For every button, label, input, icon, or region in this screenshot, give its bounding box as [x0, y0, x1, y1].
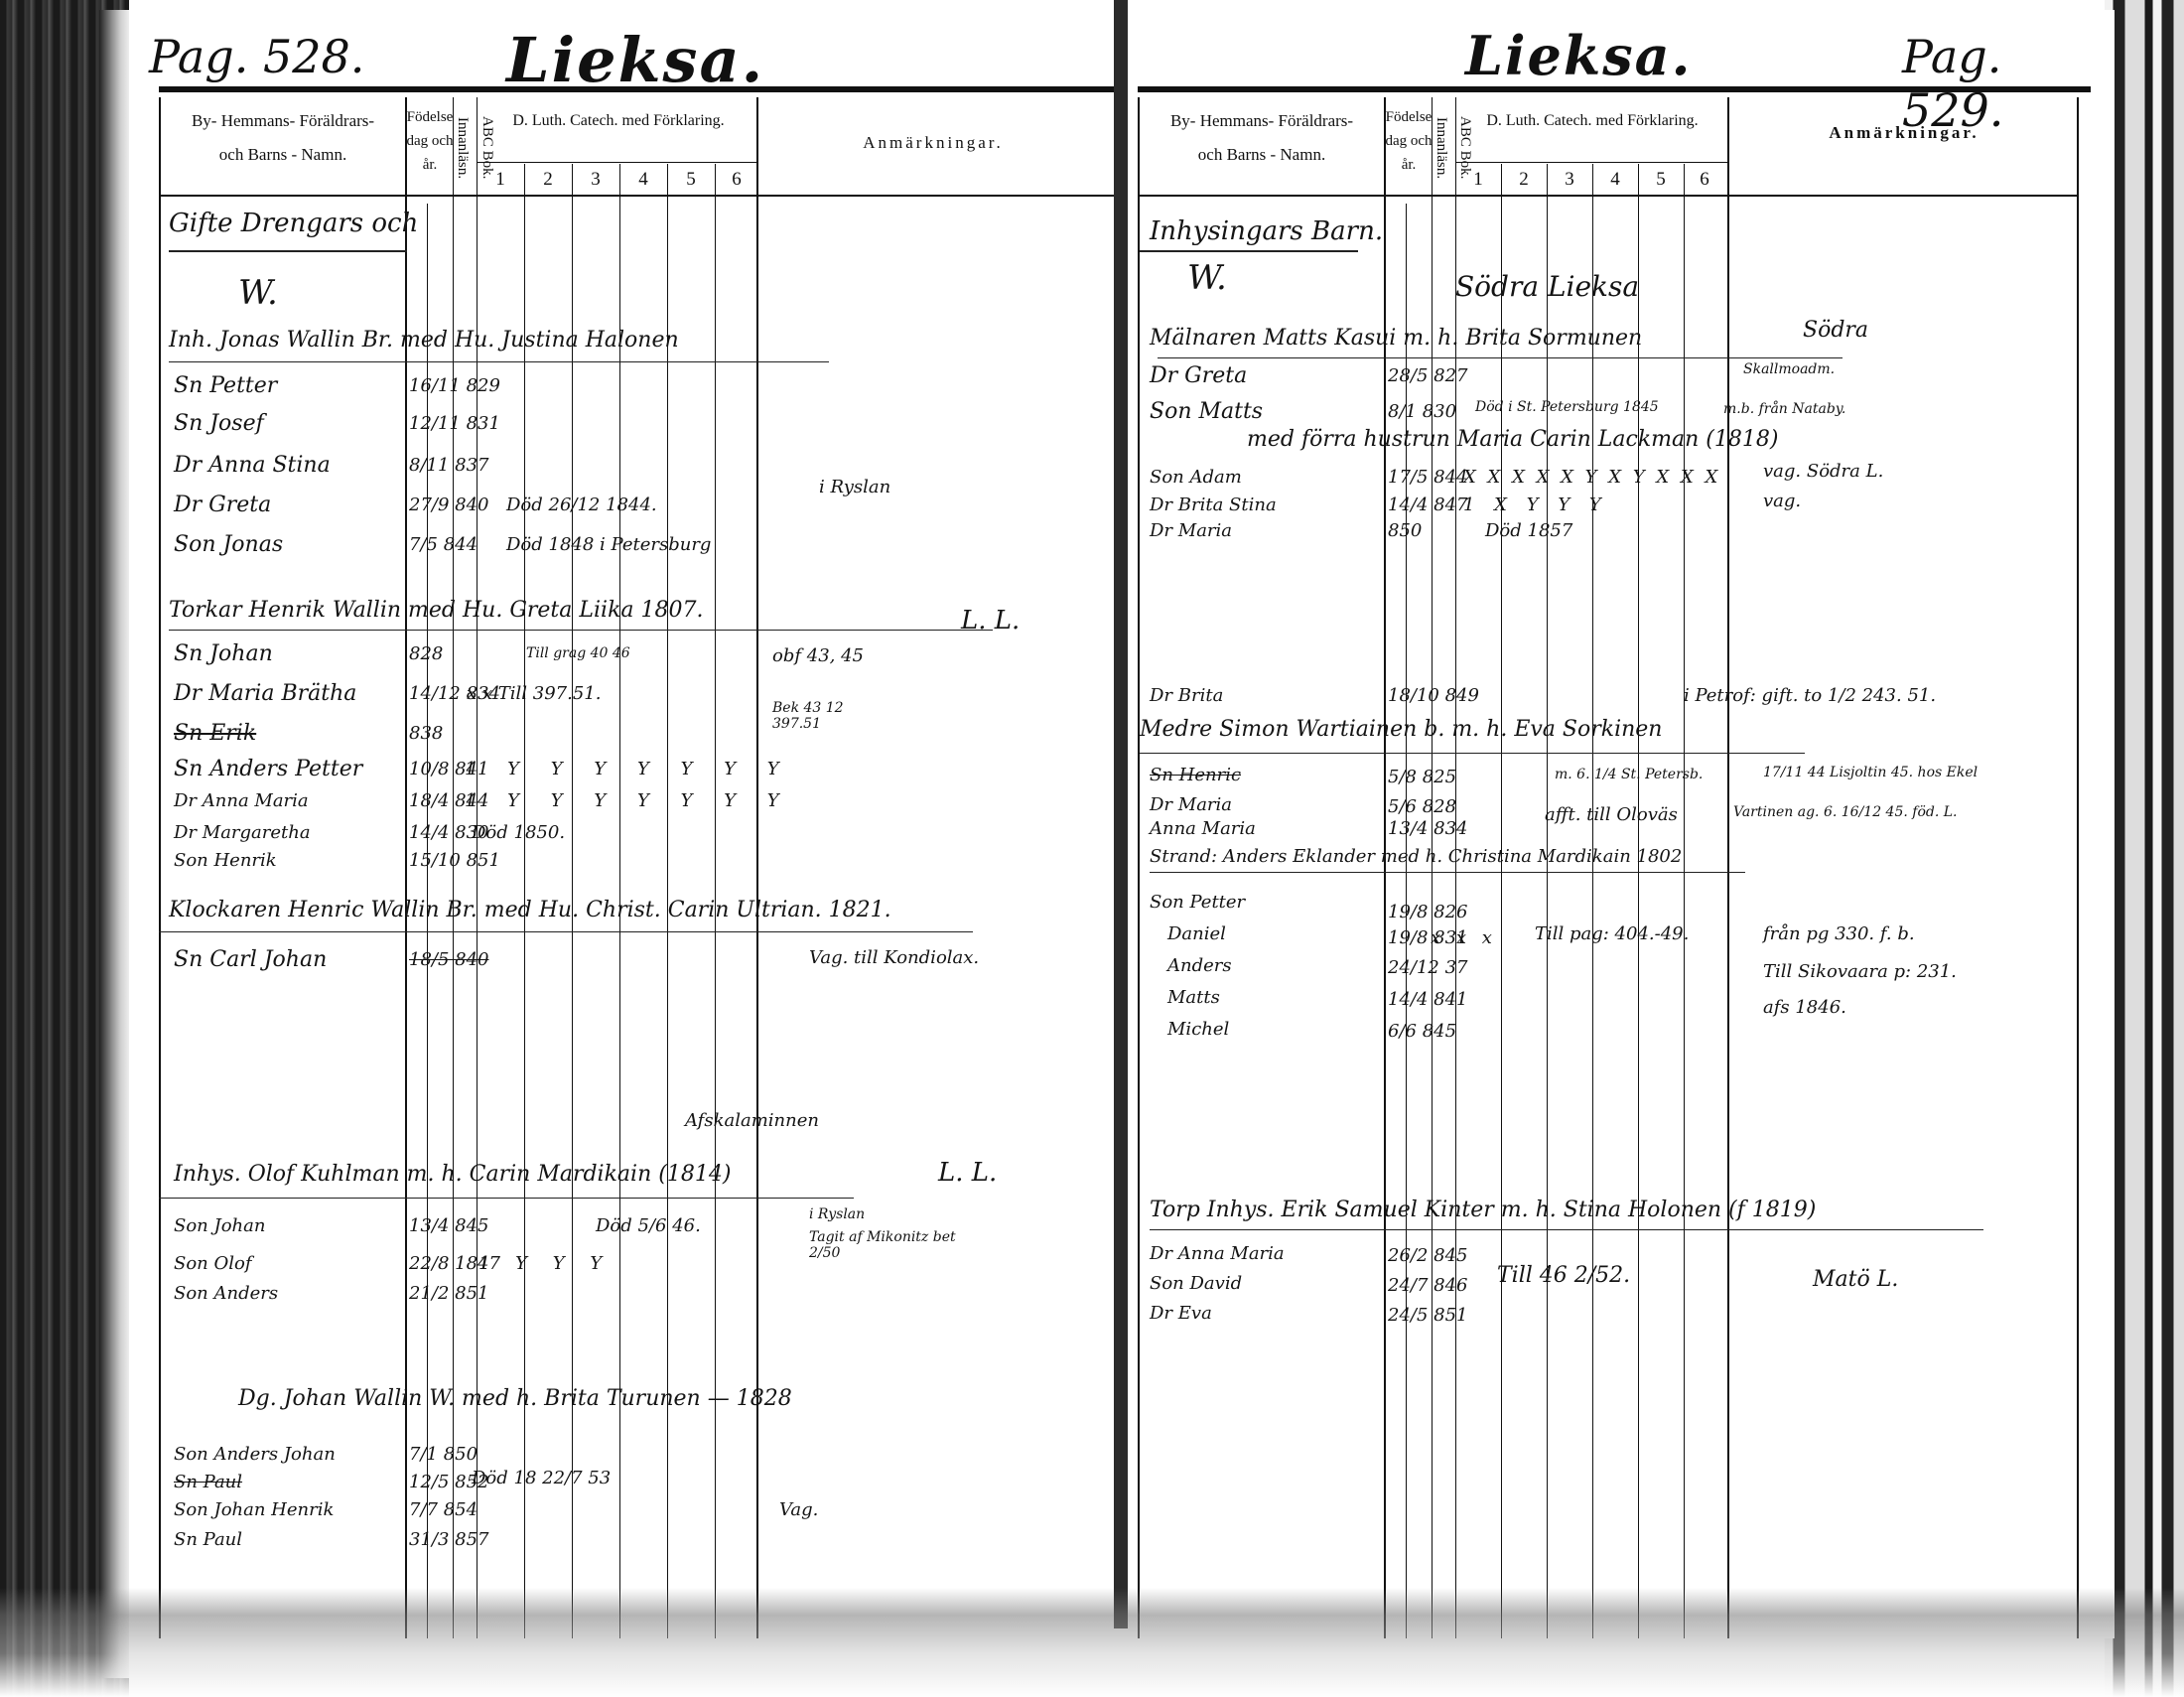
household-head: Inh. Jonas Wallin Br. med Hu. Justina Ha… [169, 328, 679, 353]
member-notes: Till grag 40 46 [526, 645, 630, 661]
member-name: Sn Paul [174, 1472, 242, 1492]
header-innanlasn: Innanläsn. [454, 105, 472, 191]
member-name: Son Anders [174, 1283, 278, 1304]
section-sub: W. [238, 273, 278, 313]
member-remark: Vag. till Kondiolax. [809, 947, 979, 968]
member-remark: i Petrof: gift. to 1/2 243. 51. [1684, 685, 1936, 706]
member-remark: obf 43, 45 [772, 645, 864, 666]
member-birth: 850 [1388, 520, 1422, 541]
col-3: 3 [581, 169, 611, 191]
col-6: 6 [722, 169, 751, 191]
col-4: 4 [628, 169, 658, 191]
member-name: Dr Maria [1150, 794, 1232, 815]
member-birth: 828 [409, 643, 443, 664]
col-2: 2 [1509, 169, 1539, 191]
member-birth: 5/6 828 [1388, 796, 1456, 817]
member-name: Dr Greta [1150, 363, 1247, 388]
header-birth: Födelse dag och år. [1384, 105, 1433, 177]
book-gutter [1114, 0, 1128, 1628]
section-heading: Gifte Drengars och [169, 209, 418, 238]
col-4: 4 [1600, 169, 1630, 191]
table-left-border [159, 97, 161, 1638]
member-remark: Till Sikovaara p: 231. [1763, 961, 1957, 982]
member-birth: 24/5 851 [1388, 1305, 1468, 1326]
member-birth: 12/11 831 [409, 413, 500, 434]
household-head: med förra hustrun Maria Carin Lackman (1… [1247, 427, 1778, 452]
member-name: Son Johan Henrik [174, 1499, 334, 1520]
member-name: Sn Carl Johan [174, 947, 327, 972]
member-remark: i Ryslan [819, 477, 890, 497]
member-name: Sn Erik [174, 721, 256, 746]
header-innanlasn: Innanläsn. [1433, 105, 1450, 191]
member-birth: 8/1 830 [1388, 401, 1456, 422]
col-3: 3 [1555, 169, 1584, 191]
header-rule [159, 86, 1114, 92]
member-name: Dr Maria Brätha [174, 681, 356, 706]
member-birth: 838 [409, 723, 443, 744]
header-remarks: Anmärkningar. [764, 131, 1102, 155]
right-page: Lieksa. Pag. 529. By- Hemmans- Föräldrar… [1128, 10, 2115, 1638]
household-head: Dg. Johan Wallin W. med h. Brita Turunen… [238, 1386, 792, 1411]
member-notes: Död 5/6 46. [596, 1215, 701, 1236]
member-birth: 7/5 844 [409, 534, 478, 555]
table-left-border [1138, 97, 1140, 1638]
member-birth: 7/1 850 [409, 1444, 478, 1465]
member-name: Son Adam [1150, 467, 1242, 488]
member-notes: Död 1857 [1485, 520, 1572, 541]
member-name: Dr Greta [174, 493, 271, 517]
col-2: 2 [533, 169, 563, 191]
member-birth: 31/3 857 [409, 1529, 489, 1550]
member-name: Sn Anders Petter [174, 757, 362, 781]
col-5: 5 [1646, 169, 1676, 191]
member-name: Dr Eva [1150, 1303, 1212, 1324]
member-name: Son Johan [174, 1215, 265, 1236]
member-notes: Död 1850. [472, 822, 565, 843]
household-head: Medre Simon Wartiainen b. m. h. Eva Sork… [1140, 717, 1662, 742]
member-notes: Till 46 2/52. [1497, 1263, 1630, 1288]
col-1: 1 [1463, 169, 1493, 191]
member-name: Anders [1167, 955, 1232, 976]
col-1: 1 [485, 169, 515, 191]
member-birth: 19/8 826 [1388, 902, 1468, 922]
member-birth: 17/5 844 [1388, 467, 1468, 488]
member-name: Sn Johan [174, 641, 273, 666]
member-birth: 18/10 849 [1388, 685, 1479, 706]
member-name: Son Matts [1150, 399, 1263, 424]
member-birth: 7/7 854 [409, 1499, 478, 1520]
household-head: Torp Inhys. Erik Samuel Kinter m. h. Sti… [1150, 1198, 1816, 1222]
section-heading: Inhysingars Barn. [1150, 216, 1383, 246]
member-notes: Död i St. Petersburg 1845 [1475, 399, 1659, 415]
member-name: Dr Maria [1150, 520, 1232, 541]
member-remark: 17/11 44 Lisjoltin 45. hos Ekel [1763, 765, 1978, 780]
member-birth: 28/5 827 [1388, 365, 1468, 386]
household-remark: Södra [1803, 318, 1868, 343]
member-name: Dr Brita Stina [1150, 495, 1277, 515]
member-name: Sn Paul [174, 1529, 242, 1550]
header-rule [1138, 86, 2091, 92]
household-head: Klockaren Henric Wallin Br. med Hu. Chri… [169, 898, 891, 922]
member-remark: afs 1846. [1763, 997, 1846, 1018]
catechism-marks: 1 X Y Y Y [1463, 495, 1601, 515]
member-remark: från pg 330. f. b. [1763, 923, 1915, 944]
household-head: Torkar Henrik Wallin med Hu. Greta Liika… [169, 598, 703, 623]
catechism-marks: 1 Y Y Y Y Y Y Y [465, 759, 779, 779]
col-5: 5 [676, 169, 706, 191]
member-remark: Tagit af Mikonitz bet 2/50 [809, 1229, 958, 1261]
member-name: Dr Margaretha [174, 822, 311, 843]
household-head: Mälnaren Matts Kasui m. h. Brita Sormune… [1150, 326, 1642, 351]
header-remarks: Anmärkningar. [1735, 121, 2073, 145]
catechism-marks: 1 Y Y Y Y Y Y Y [465, 790, 779, 811]
member-remark: Matö L. [1813, 1267, 1898, 1292]
header-birth: Födelse dag och år. [405, 105, 455, 177]
household-remark: L. L. [938, 1158, 997, 1188]
member-remark: vag. [1763, 491, 1801, 511]
member-birth: 21/2 851 [409, 1283, 489, 1304]
section-sub: W. [1187, 258, 1227, 298]
member-name: Daniel [1167, 923, 1226, 944]
header-catechism: D. Luth. Catech. med Förklaring. [478, 109, 758, 133]
member-birth: 15/10 851 [409, 850, 500, 871]
member-name: Anna Maria [1150, 818, 1256, 839]
member-notes: Till pag: 404.-49. [1535, 923, 1689, 944]
member-birth: 14/4 841 [1388, 989, 1468, 1010]
member-name: Michel [1167, 1019, 1229, 1040]
member-birth: 8/11 837 [409, 455, 489, 476]
member-remark: Vartinen ag. 6. 16/12 45. föd. L. [1733, 804, 1957, 820]
member-name: Sn Josef [174, 411, 264, 436]
page-number: Pag. 528. [149, 30, 364, 83]
catechism-marks: X X X X X Y X Y X X X [1463, 467, 1717, 488]
member-birth: 13/4 834 [1388, 818, 1468, 839]
member-name: Dr Brita [1150, 685, 1223, 706]
village-heading: Södra Lieksa [1455, 270, 1639, 303]
parish-title: Lieksa. [1465, 24, 1692, 87]
member-name: Son Jonas [174, 532, 283, 557]
member-birth: 24/7 846 [1388, 1275, 1468, 1296]
member-birth: 5/8 825 [1388, 767, 1456, 787]
member-birth: 14/4 847 [1388, 495, 1468, 515]
member-notes: Död 18 22/7 53 [472, 1468, 611, 1488]
header-names: By- Hemmans- Föräldrars- och Barns - Nam… [1148, 109, 1376, 167]
member-name: Sn Henric [1150, 765, 1241, 785]
member-remark: Skallmoadm. [1743, 361, 1835, 377]
member-notes: m. 6. 1/4 St. Petersb. [1555, 767, 1703, 782]
member-name: Son Petter [1150, 892, 1245, 913]
member-notes: Död 26/12 1844. [506, 495, 657, 515]
member-name: Son Anders Johan [174, 1444, 336, 1465]
member-birth: 13/4 845 [409, 1215, 489, 1236]
member-name: Dr Anna Stina [174, 453, 331, 478]
member-notes: x x Till 397.51. [467, 683, 601, 704]
member-remark: Bek 43 12 397.51 [772, 700, 891, 732]
member-name: Dr Anna Maria [174, 790, 309, 811]
member-name: Sn Petter [174, 373, 277, 398]
catechism-marks: x x x [1431, 927, 1492, 948]
member-name: Dr Anna Maria [1150, 1243, 1285, 1264]
member-remark: m.b. från Nataby. [1723, 401, 1845, 417]
header-names: By- Hemmans- Föräldrars- och Barns - Nam… [169, 109, 397, 167]
member-birth: 16/11 829 [409, 375, 500, 396]
member-remark: vag. Södra L. [1763, 461, 1883, 482]
book-spine-left [0, 0, 129, 1697]
household-pre-note: Afskalaminnen [685, 1110, 819, 1131]
catechism-marks: 1 Y Y Y [478, 1253, 602, 1274]
member-birth: 6/6 845 [1388, 1021, 1456, 1042]
member-birth: 24/12 37 [1388, 957, 1468, 978]
member-notes: afft. till Oloväs [1545, 804, 1678, 825]
household-head: Inhys. Olof Kuhlman m. h. Carin Mardikai… [174, 1162, 731, 1187]
member-birth: 18/5 840 [409, 949, 489, 970]
header-catechism: D. Luth. Catech. med Förklaring. [1457, 109, 1727, 133]
col-6: 6 [1690, 169, 1719, 191]
member-birth: 26/2 845 [1388, 1245, 1468, 1266]
member-birth: 27/9 840 [409, 495, 489, 515]
member-name: Son Henrik [174, 850, 277, 871]
member-name: Son Olof [174, 1253, 252, 1274]
member-name: Matts [1167, 987, 1220, 1008]
member-remark: Vag. [779, 1499, 818, 1520]
household-head: Strand: Anders Eklander med h. Christina… [1150, 846, 1682, 867]
member-notes: Död 1848 i Petersburg [506, 534, 711, 555]
book-edge-right [2105, 0, 2184, 1697]
household-remark: L. L. [961, 606, 1020, 636]
member-name: Son David [1150, 1273, 1242, 1294]
member-remark: i Ryslan [809, 1206, 865, 1222]
left-page: Pag. 528. Lieksa. By- Hemmans- Föräldrar… [129, 10, 1114, 1638]
